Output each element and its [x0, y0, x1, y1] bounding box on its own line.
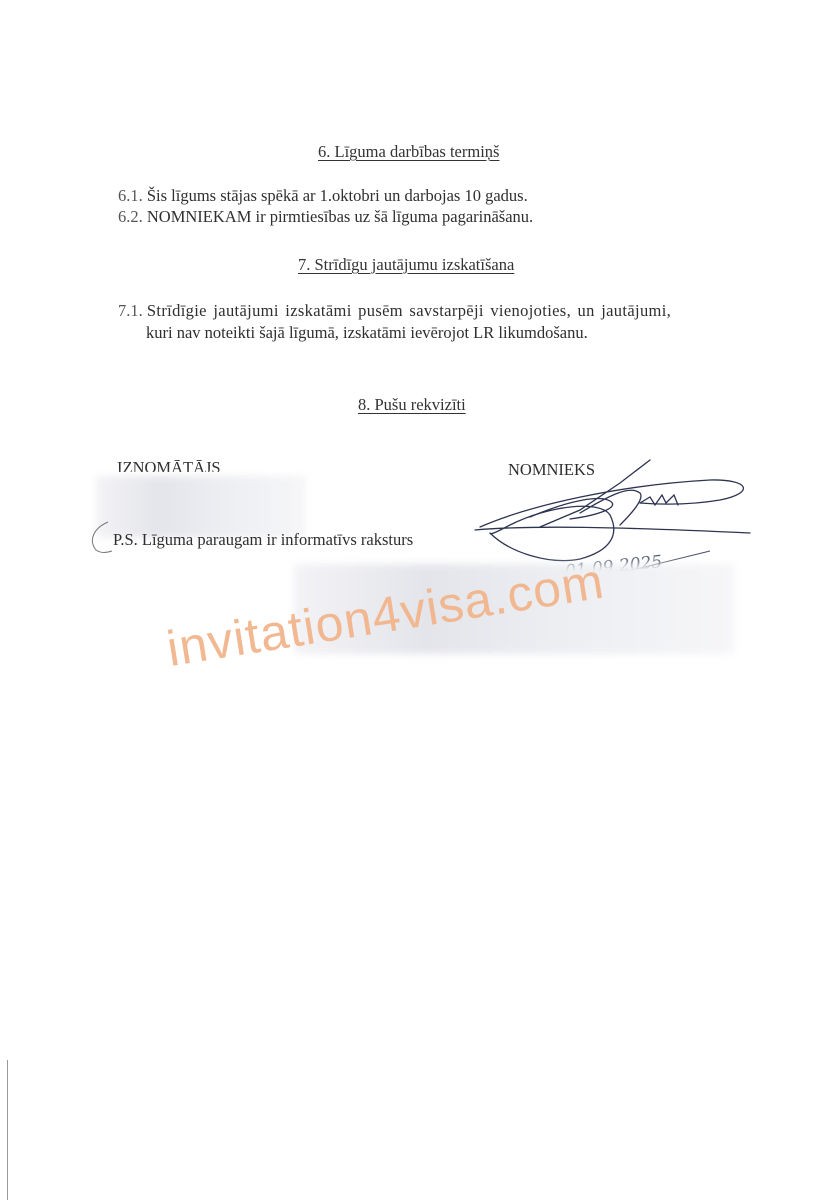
- section-6-heading: 6. Līguma darbības termiņš: [318, 142, 499, 162]
- clause-text: Šis līgums stājas spēkā ar 1.oktobri un …: [147, 186, 528, 205]
- clause-7-1: 7.1. Strīdīgie jautājumi izskatāmi pusēm…: [118, 300, 671, 321]
- section-8-heading: 8. Pušu rekvizīti: [358, 395, 466, 415]
- ps-note: P.S. Līguma paraugam ir informatīvs raks…: [113, 530, 413, 550]
- clause-number: 6.1.: [118, 186, 143, 205]
- clause-text-line-1: Strīdīgie jautājumi izskatāmi pusēm savs…: [147, 301, 671, 320]
- clause-number: 7.1.: [118, 301, 143, 320]
- lessor-label: IZNOMĀTĀJS: [117, 458, 221, 472]
- clause-7-1-continuation: kuri nav noteikti šajā līgumā, izskatāmi…: [146, 322, 588, 343]
- scan-edge-line: [7, 1060, 8, 1200]
- bracket-mark-icon: [86, 520, 116, 554]
- section-7-heading: 7. Strīdīgu jautājumu izskatīšana: [298, 255, 514, 275]
- clause-6-1: 6.1. Šis līgums stājas spēkā ar 1.oktobr…: [118, 185, 528, 206]
- clause-number: 6.2.: [118, 207, 143, 226]
- redacted-lessor-details: [96, 476, 306, 538]
- clause-6-2: 6.2. NOMNIEKAM ir pirmtiesības uz šā līg…: [118, 206, 533, 227]
- clause-text: NOMNIEKAM ir pirmtiesības uz šā līguma p…: [147, 207, 533, 226]
